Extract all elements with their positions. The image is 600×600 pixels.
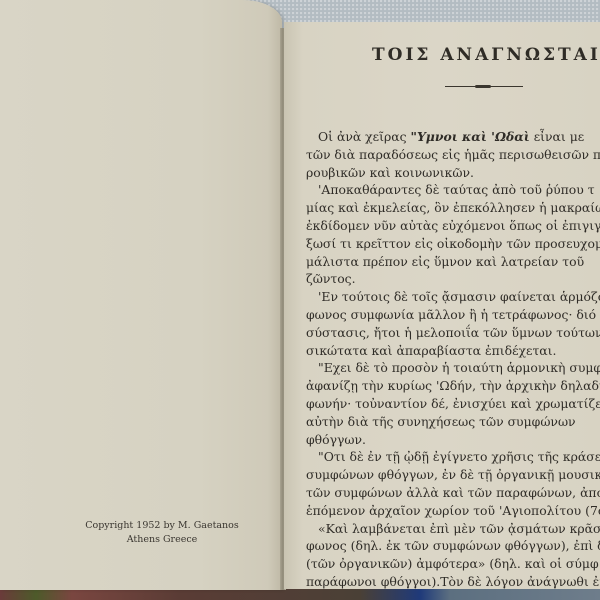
text-line: συμφώνων φθόγγων, ἐν δὲ τῇ ὀργανικῇ μουσ…	[306, 466, 600, 484]
text-line: παράφωνοι φθόγγοι).Τὸν δὲ λόγον ἀνάγνωθι…	[306, 573, 600, 591]
copyright-notice: Copyright 1952 by M. Gaetanos Athens Gre…	[62, 519, 262, 547]
text-line: τῶν διὰ παραδόσεως εἰς ἡμᾶς περισωθεισῶν…	[306, 146, 600, 164]
text-line: ἑπόμενον ἀρχαῖον χωρίον τοῦ 'Αγιοπολίτου…	[306, 502, 600, 520]
text-line: φθόγγων.	[306, 431, 600, 449]
title-divider	[445, 86, 523, 87]
page-title: ΤΟΙΣ ΑΝΑΓΝΩΣΤΑΙΣ	[372, 45, 600, 65]
text-line: φωνήν· τοὐναντίον δέ, ἐνισχύει καὶ χρωμα…	[306, 395, 600, 413]
left-page: Copyright 1952 by M. Gaetanos Athens Gre…	[0, 0, 282, 590]
text-line: φωνος συμφωνία μᾶλλον ἢ ἡ τετράφωνος· δι…	[306, 306, 600, 324]
text-line: μάλιστα πρέπον εἰς ὕμνον καὶ λατρείαν το…	[306, 253, 600, 271]
text-line: (τῶν ὀργανικῶν) ἀμφότερα» (δηλ. καὶ οἱ σ…	[306, 555, 600, 573]
text-line: ξωσί τι κρεῖττον εἰς οἰκοδομὴν τῶν προσε…	[306, 235, 600, 253]
book-title-emphasis: "Υμνοι καὶ 'Ωδαὶ	[410, 129, 529, 144]
text-line: σύστασις, ἤτοι ἡ μελοποιΐα τῶν ὕμνων τού…	[306, 324, 600, 342]
text-line: 'Εν τούτοις δὲ τοῖς ᾄσμασιν φαίνεται ἁρμ…	[306, 288, 600, 306]
text-line: αὐτὴν διὰ τῆς συνηχήσεως τῶν συμφώνων	[306, 413, 600, 431]
text-line: τῶν συμφώνων ἀλλὰ καὶ τῶν παραφώνων, ἀπο	[306, 484, 600, 502]
text-line: σικώτατα καὶ ἀπαραβίαστα ἐπιδέχεται.	[306, 342, 600, 360]
text-line: ζῶντος.	[306, 270, 600, 288]
text-line: ἐκδίδομεν νῦν αὐτὰς εὐχόμενοι ὅπως οἱ ἐπ…	[306, 217, 600, 235]
text-line: "Εχει δὲ τὸ προσὸν ἡ τοιαύτη ἁρμονικὴ συ…	[306, 359, 600, 377]
text-line: «Καὶ λαμβάνεται ἐπὶ μὲν τῶν ᾀσμάτων κρᾶσ…	[306, 520, 600, 538]
text-line: 'Αποκαθάραντες δὲ ταύτας ἀπὸ τοῦ ῥύπου τ	[306, 181, 600, 199]
text-line: φωνος (δηλ. ἐκ τῶν συμφώνων φθόγγων), ἐπ…	[306, 537, 600, 555]
text-line: ρουβικῶν καὶ κοινωνικῶν.	[306, 164, 600, 182]
text-line: μίας καὶ ἐκμελείας, ὃν ἐπεκόλλησεν ἡ μακ…	[306, 199, 600, 217]
text-line: ἀφανίζῃ τὴν κυρίως 'Ωδήν, τὴν ἀρχικὴν δη…	[306, 377, 600, 395]
copyright-line-2: Athens Greece	[62, 533, 262, 547]
text-line: "Οτι δὲ ἐν τῇ ᾠδῇ ἐγίγνετο χρῆσις τῆς κρ…	[306, 448, 600, 466]
text-line: Οἱ ἀνὰ χεῖρας "Υμνοι καὶ 'Ωδαὶ εἶναι με	[306, 128, 600, 146]
copyright-line-1: Copyright 1952 by M. Gaetanos	[62, 519, 262, 533]
body-text: Οἱ ἀνὰ χεῖρας "Υμνοι καὶ 'Ωδαὶ εἶναι με …	[306, 128, 600, 591]
